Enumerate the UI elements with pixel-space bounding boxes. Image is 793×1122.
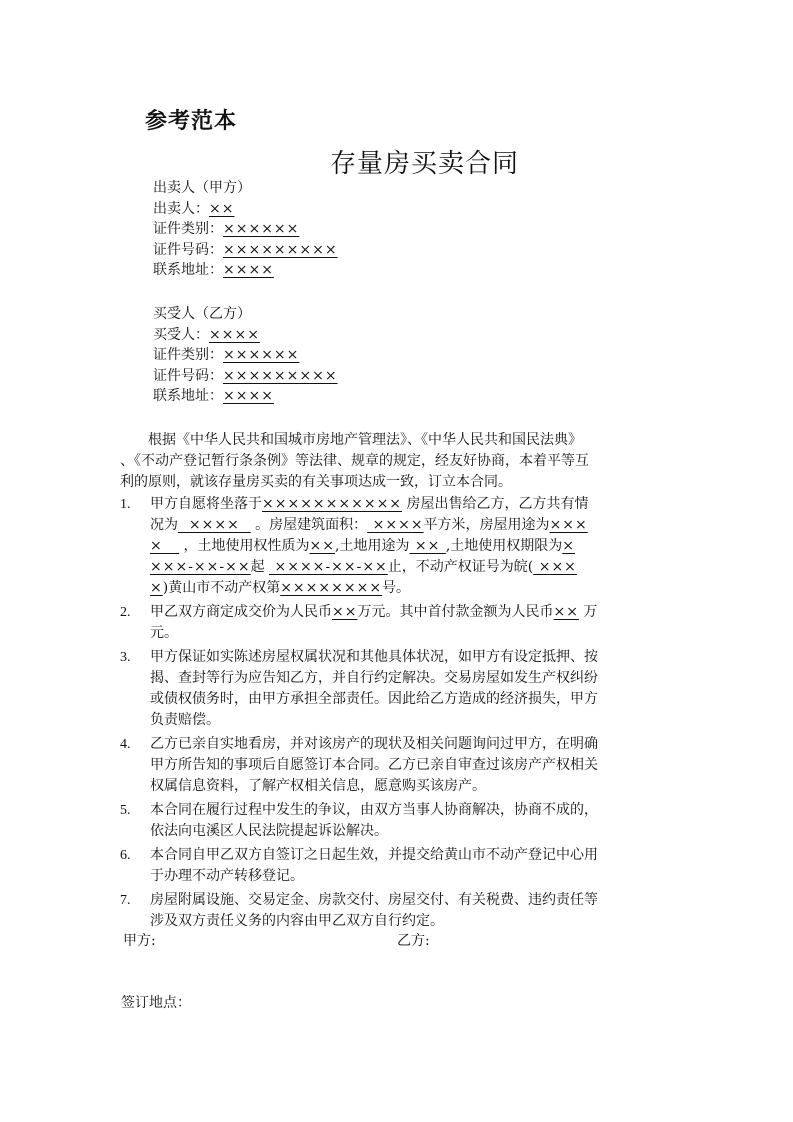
field-label: 联系地址： bbox=[153, 262, 223, 278]
clause-text: 止，不动产权证号为皖( bbox=[388, 559, 533, 575]
field-label: 联系地址： bbox=[153, 388, 223, 404]
buyer-address-row: 联系地址：×××× bbox=[153, 386, 338, 407]
clause-text: 平方米，房屋用途为 bbox=[424, 517, 550, 533]
clause-number: 7. bbox=[120, 890, 131, 911]
buyer-id-number-value: ××××××××× bbox=[223, 368, 338, 384]
buyer-address-value: ×××× bbox=[223, 388, 274, 404]
clause-line: 甲方保证如实陈述房屋权属状况和其他具体状况，如甲方有设定抵押、按 bbox=[150, 647, 710, 668]
certificate-year-blank-cont: × bbox=[150, 580, 163, 596]
field-label: 证件号码： bbox=[153, 368, 223, 384]
seller-id-number-value: ××××××××× bbox=[223, 242, 338, 258]
field-label: 出卖人： bbox=[153, 201, 209, 217]
field-label: 证件类别： bbox=[153, 347, 223, 363]
clause-text: 元。 bbox=[150, 623, 710, 644]
intro-paragraph: 根据《中华人民共和国城市房地产管理法》、《中华人民共和国民法典》 、《不动产登记… bbox=[120, 430, 700, 493]
buyer-section: 买受人（乙方） 买受人：×××× 证件类别：×××××× 证件号码：××××××… bbox=[153, 304, 338, 407]
clause-text: 起 bbox=[251, 559, 269, 575]
clause-text: ,土地使用权期限为 bbox=[446, 538, 562, 554]
land-nature-blank: ×× bbox=[310, 538, 335, 554]
clause-number: 4. bbox=[120, 734, 131, 755]
clause-number: 3. bbox=[120, 647, 131, 668]
clause-number: 2. bbox=[120, 602, 131, 623]
usage-blank: ××× bbox=[550, 517, 588, 533]
signing-place-label: 签订地点： bbox=[121, 992, 191, 1012]
field-label: 证件号码： bbox=[153, 242, 223, 258]
clause-2: 2. 甲乙双方商定成交价为人民币××万元。其中首付款金额为人民币×× 万 元。 bbox=[120, 602, 710, 644]
clause-text: 况为 bbox=[150, 517, 178, 533]
party-b-signature-label: 乙方: bbox=[397, 930, 430, 950]
clause-line: 甲方所告知的事项后自愿签订本合同。乙方已亲自审查过该房产产权相关 bbox=[150, 755, 710, 776]
clause-text: 。房屋建筑面积： bbox=[251, 517, 367, 533]
clause-6: 6. 本合同自甲乙双方自签订之日起生效，并提交给黄山市不动产登记中心用 于办理不… bbox=[120, 845, 710, 887]
clause-text: ，土地使用权性质为 bbox=[179, 538, 309, 554]
clause-text: )黄山市不动产权第 bbox=[163, 580, 280, 596]
clause-line: 或债权债务时，由甲方承担全部责任。因此给乙方造成的经济损失，甲方 bbox=[150, 689, 710, 710]
clause-list: 1. 甲方自愿将坐落于××××××××××× 房屋出售给乙方，乙方共有情 况为 … bbox=[120, 494, 710, 935]
intro-line: 、《不动产登记暂行条条例》等法律、规章的规定，经友好协商，本着平等互 bbox=[120, 451, 700, 472]
seller-id-number-row: 证件号码：××××××××× bbox=[153, 240, 338, 261]
clause-line: 依法向屯溪区人民法院提起诉讼解决。 bbox=[150, 821, 710, 842]
clause-line: 涉及双方责任义务的内容由甲乙双方自行约定。 bbox=[150, 911, 710, 932]
certificate-number-blank: ×××××××× bbox=[280, 580, 382, 596]
party-a-signature-label: 甲方: bbox=[123, 930, 156, 950]
clause-number: 6. bbox=[120, 845, 131, 866]
seller-section: 出卖人（甲方） 出卖人：×× 证件类别：×××××× 证件号码：××××××××… bbox=[153, 178, 338, 281]
price-blank: ×× bbox=[332, 604, 357, 620]
field-label: 买受人： bbox=[153, 327, 209, 343]
floor-area-blank: ×××× bbox=[367, 517, 423, 533]
clause-line: 乙方已亲自实地看房，并对该房产的现状及相关问题询问过甲方，在明确 bbox=[150, 734, 710, 755]
buyer-heading: 买受人（乙方） bbox=[153, 304, 338, 325]
clause-line: 权属信息资料，了解产权相关信息，愿意购买该房产。 bbox=[150, 776, 710, 797]
sample-label: 参考范本 bbox=[145, 104, 237, 135]
clause-4: 4. 乙方已亲自实地看房，并对该房产的现状及相关问题询问过甲方，在明确 甲方所告… bbox=[120, 734, 710, 797]
intro-line: 利的原则，就该存量房买卖的有关事项达成一致，订立本合同。 bbox=[120, 472, 700, 493]
clause-line: 于办理不动产转移登记。 bbox=[150, 866, 710, 887]
seller-id-type-row: 证件类别：×××××× bbox=[153, 219, 338, 240]
clause-line: 本合同在履行过程中发生的争议，由双方当事人协商解决，协商不成的， bbox=[150, 800, 710, 821]
seller-heading: 出卖人（甲方） bbox=[153, 178, 338, 199]
field-label: 证件类别： bbox=[153, 221, 223, 237]
land-term-start-blank-cont: ×××-××-×× bbox=[150, 559, 251, 575]
clause-line: 本合同自甲乙双方自签订之日起生效，并提交给黄山市不动产登记中心用 bbox=[150, 845, 710, 866]
clause-1: 1. 甲方自愿将坐落于××××××××××× 房屋出售给乙方，乙方共有情 况为 … bbox=[120, 494, 710, 599]
property-location-blank: ××××××××××× bbox=[262, 496, 402, 512]
down-payment-blank: ×× bbox=[553, 604, 578, 620]
clause-5: 5. 本合同在履行过程中发生的争议，由双方当事人协商解决，协商不成的， 依法向屯… bbox=[120, 800, 710, 842]
clause-7: 7. 房屋附属设施、交易定金、房款交付、房屋交付、有关税费、违约责任等 涉及双方… bbox=[120, 890, 710, 932]
document-title: 存量房买卖合同 bbox=[330, 143, 519, 180]
clause-number: 1. bbox=[120, 494, 131, 515]
usage-blank-cont: × bbox=[150, 538, 179, 554]
clause-line: 房屋附属设施、交易定金、房款交付、房屋交付、有关税费、违约责任等 bbox=[150, 890, 710, 911]
buyer-ownership-blank: ×××× bbox=[178, 517, 251, 533]
land-term-end-blank: ××××-××-×× bbox=[269, 559, 388, 575]
seller-address-value: ×××× bbox=[223, 262, 274, 278]
buyer-name-row: 买受人：×××× bbox=[153, 325, 338, 346]
buyer-id-number-row: 证件号码：××××××××× bbox=[153, 366, 338, 387]
seller-name-value: ×× bbox=[209, 201, 234, 217]
land-term-start-blank: × bbox=[562, 538, 575, 554]
clause-3: 3. 甲方保证如实陈述房屋权属状况和其他具体状况，如甲方有设定抵押、按 揭、查封… bbox=[120, 647, 710, 731]
buyer-name-value: ×××× bbox=[209, 327, 260, 343]
clause-text: 万元。其中首付款金额为人民币 bbox=[357, 604, 553, 620]
seller-address-row: 联系地址：×××× bbox=[153, 260, 338, 281]
certificate-year-blank: ××× bbox=[533, 559, 577, 575]
seller-id-type-value: ×××××× bbox=[223, 221, 299, 237]
clause-text: ,土地用途为 bbox=[335, 538, 409, 554]
clause-text: 甲乙双方商定成交价为人民币 bbox=[150, 604, 332, 620]
clause-text: 号。 bbox=[382, 580, 410, 596]
seller-name-row: 出卖人：×× bbox=[153, 199, 338, 220]
clause-text: 房屋出售给乙方，乙方共有情 bbox=[402, 496, 588, 512]
intro-line: 根据《中华人民共和国城市房地产管理法》、《中华人民共和国民法典》 bbox=[120, 430, 700, 451]
buyer-id-type-value: ×××××× bbox=[223, 347, 299, 363]
clause-number: 5. bbox=[120, 800, 131, 821]
clause-text: 甲方自愿将坐落于 bbox=[150, 496, 262, 512]
land-use-blank: ×× bbox=[409, 538, 445, 554]
clause-line: 揭、查封等行为应告知乙方，并自行约定解决。交易房屋如发生产权纠纷 bbox=[150, 668, 710, 689]
clause-line: 负责赔偿。 bbox=[150, 710, 710, 731]
buyer-id-type-row: 证件类别：×××××× bbox=[153, 345, 338, 366]
clause-text: 万 bbox=[579, 604, 597, 620]
